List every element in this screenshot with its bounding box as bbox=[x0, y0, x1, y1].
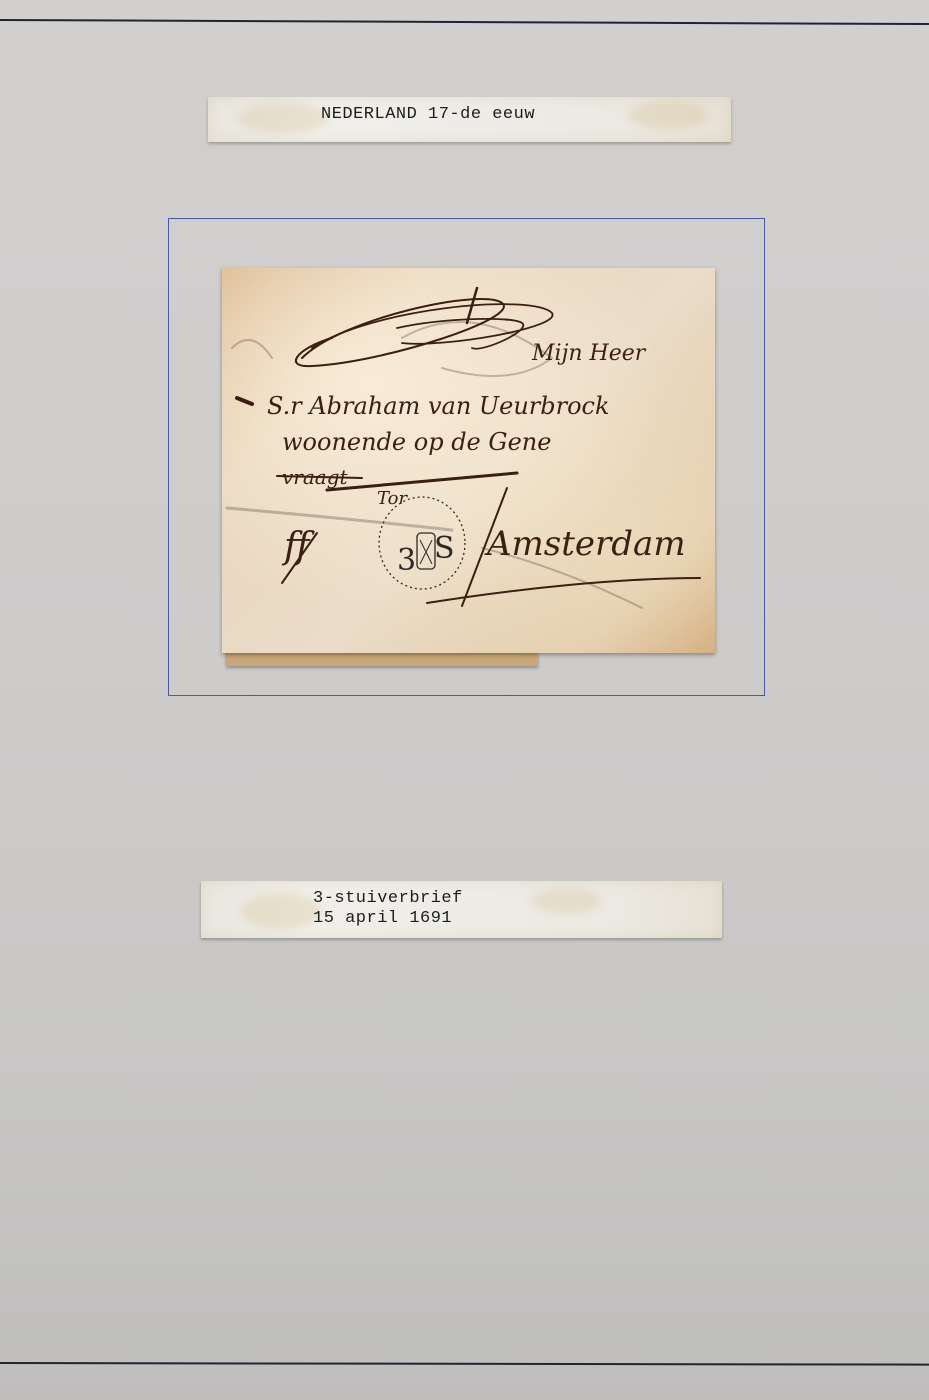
address-name: S.r Abraham van Ueurbrock bbox=[267, 392, 610, 420]
postmark-letter: S bbox=[434, 531, 455, 566]
postmark-numeral: 3 bbox=[397, 543, 416, 578]
caption-label-strip: 3-stuiverbrief 15 april 1691 bbox=[201, 881, 722, 938]
address-residence: woonende op de Gene bbox=[282, 428, 551, 456]
page-bottom-rule bbox=[0, 1362, 929, 1366]
header-label: NEDERLAND 17-de eeuw bbox=[321, 105, 535, 124]
address-tor: Tor bbox=[377, 488, 408, 509]
header-label-strip: NEDERLAND 17-de eeuw bbox=[208, 97, 731, 142]
address-salutation: Mijn Heer bbox=[531, 341, 647, 366]
address-city: Amsterdam bbox=[484, 524, 686, 564]
page-top-rule bbox=[0, 19, 929, 25]
postmark-stamp: 3 S bbox=[379, 497, 465, 589]
letter-cover: Mijn Heer S.r Abraham van Ueurbrock woon… bbox=[222, 268, 715, 653]
caption-title: 3-stuiverbrief bbox=[313, 889, 463, 909]
cover-handwriting: Mijn Heer S.r Abraham van Ueurbrock woon… bbox=[222, 268, 715, 653]
caption-date: 15 april 1691 bbox=[313, 909, 452, 929]
